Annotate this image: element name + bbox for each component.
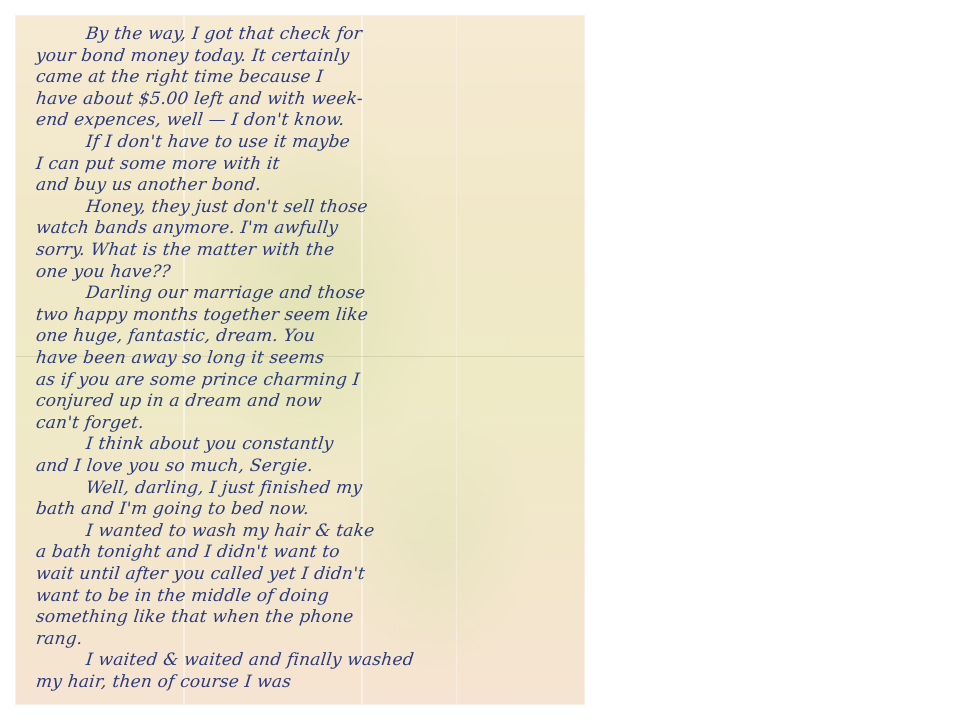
letter-line: a bath tonight and I didn't want to — [35, 542, 341, 562]
letter-line: two happy months together seem like — [35, 305, 369, 325]
letter-line: By the way, I got that check for — [85, 24, 363, 44]
letter-line: and I love you so much, Sergie. — [35, 456, 314, 476]
letter-line: I wanted to wash my hair & take — [85, 521, 376, 541]
letter-line: wait until after you called yet I didn't — [35, 564, 366, 584]
letter-line: rang. — [35, 629, 84, 649]
letter-line: one huge, fantastic, dream. You — [35, 326, 316, 346]
fold-crease — [456, 16, 457, 704]
letter-line: have about $5.00 left and with week- — [35, 89, 364, 109]
letter-line: Darling our marriage and those — [85, 283, 366, 303]
letter-line: came at the right time because I — [35, 67, 324, 87]
letter-line: one you have?? — [35, 262, 172, 282]
letter-line: watch bands anymore. I'm awfully — [35, 218, 339, 238]
letter-line: can't forget. — [35, 413, 145, 433]
letter-line: your bond money today. It certainly — [35, 46, 350, 66]
letter-page: By the way, I got that check foryour bon… — [16, 16, 584, 704]
letter-line: bath and I'm going to bed now. — [35, 499, 310, 519]
letter-line: conjured up in a dream and now — [35, 391, 323, 411]
letter-line: and buy us another bond. — [35, 175, 262, 195]
letter-line: end expences, well — I don't know. — [35, 110, 346, 130]
letter-line: want to be in the middle of doing — [35, 586, 330, 606]
letter-line: Well, darling, I just finished my — [85, 478, 363, 498]
letter-line: I waited & waited and finally washed — [85, 650, 415, 670]
letter-line: something like that when the phone — [35, 607, 355, 627]
fold-crease — [361, 16, 363, 704]
letter-line: have been away so long it seems — [35, 348, 325, 368]
letter-line: as if you are some prince charming I — [35, 370, 361, 390]
letter-line: I can put some more with it — [35, 154, 281, 174]
letter-line: I think about you constantly — [85, 434, 335, 454]
letter-line: If I don't have to use it maybe — [85, 132, 351, 152]
letter-line: Honey, they just don't sell those — [85, 197, 369, 217]
letter-line: my hair, then of course I was — [35, 672, 292, 692]
letter-line: sorry. What is the matter with the — [35, 240, 335, 260]
